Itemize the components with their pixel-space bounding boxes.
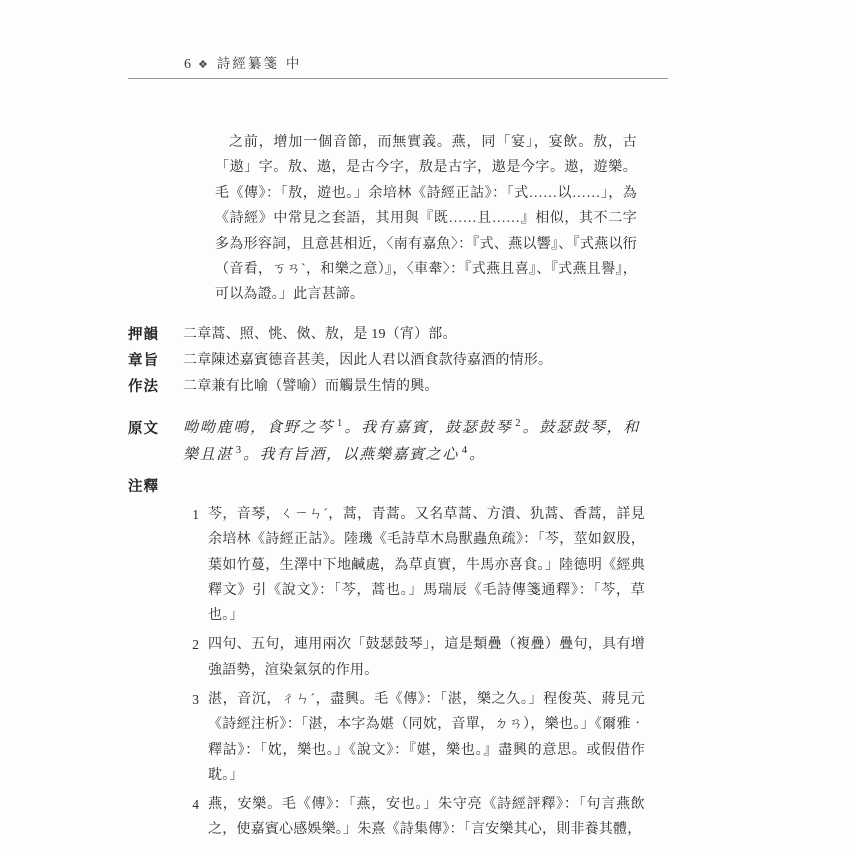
footnote-ref-4: 4 — [459, 445, 469, 456]
verse-segment: 。 — [469, 447, 486, 463]
section-text-technique: 二章兼有比喻（譬喻）而觸景生情的興。 — [183, 374, 668, 400]
note-text: 燕，安樂。毛《傳》：「燕，安也。」朱守亮《詩經評釋》：「句言燕飲之，使嘉賓心感娛… — [208, 792, 645, 843]
section-label-theme: 章旨 — [128, 348, 161, 374]
note-text: 芩，音琴，ㄑㄧㄣˊ，蒿，青蒿。又名草蒿、方潰、犰蒿、香蒿，詳見余培林《詩經正詁》… — [208, 502, 645, 629]
note-number: 4 — [186, 792, 199, 817]
note-number: 2 — [186, 632, 199, 657]
section-rhyme: 押韻 二章蒿、照、恌、傚、敖，是 19（宵）部。 — [128, 322, 668, 348]
verse-segment: 。我有嘉賓，鼓瑟鼓琴 — [344, 420, 512, 436]
section-label-original: 原文 — [128, 415, 161, 443]
intro-paragraph: 之前，增加一個音節，而無實義。燕，同「宴」，宴飲。敖，古「遨」字。敖、遨，是古今… — [215, 130, 637, 308]
section-theme: 章旨 二章陳述嘉賓德音甚美，因此人君以酒食款待嘉酒的情形。 — [128, 348, 668, 374]
verse-segment: 。我有旨酒，以燕樂嘉賓之心 — [243, 447, 459, 463]
section-label-rhyme: 押韻 — [128, 322, 161, 348]
note-number: 3 — [186, 687, 199, 712]
note-text: 湛，音沉，ㄔㄣˊ，盡興。毛《傳》：「湛，樂之久。」程俊英、蔣見元《詩經注析》：「… — [208, 687, 645, 789]
notes-section-header: 注釋 — [128, 474, 668, 500]
section-label-technique: 作法 — [128, 374, 161, 400]
book-title: 詩經纂箋 — [217, 52, 279, 72]
footnote-ref-2: 2 — [512, 418, 522, 429]
note-item-4: 4 燕，安樂。毛《傳》：「燕，安也。」朱守亮《詩經評釋》：「句言燕飲之，使嘉賓心… — [186, 792, 645, 843]
running-head-line: 6 ❖ 詩經纂箋 中 — [128, 52, 668, 73]
header-rule — [128, 78, 668, 79]
analysis-sections: 押韻 二章蒿、照、恌、傚、敖，是 19（宵）部。 章旨 二章陳述嘉賓德音甚美，因… — [128, 322, 668, 400]
verse-segment: 呦呦鹿鳴，食野之芩 — [183, 420, 334, 436]
section-label-notes: 注釋 — [128, 479, 159, 495]
book-page: 6 ❖ 詩經纂箋 中 之前，增加一個音節，而無實義。燕，同「宴」，宴飲。敖，古「… — [0, 0, 850, 850]
volume-label: 中 — [286, 52, 302, 72]
page-content: 6 ❖ 詩經纂箋 中 之前，增加一個音節，而無實義。燕，同「宴」，宴飲。敖，古「… — [128, 0, 668, 846]
section-text-theme: 二章陳述嘉賓德音甚美，因此人君以酒食款待嘉酒的情形。 — [183, 348, 668, 374]
section-technique: 作法 二章兼有比喻（譬喻）而觸景生情的興。 — [128, 374, 668, 400]
note-text: 四句、五句，連用兩次「鼓瑟鼓琴」，這是類疊（複疊）疊句，具有增強語勢，渲染氣氛的… — [208, 632, 645, 683]
footnote-ref-1: 1 — [334, 418, 344, 429]
note-item-1: 1 芩，音琴，ㄑㄧㄣˊ，蒿，青蒿。又名草蒿、方潰、犰蒿、香蒿，詳見余培林《詩經正… — [186, 502, 645, 629]
diamond-ornament-icon: ❖ — [198, 58, 210, 71]
page-number: 6 — [184, 57, 191, 73]
running-head: 6 ❖ 詩經纂箋 中 — [128, 0, 668, 79]
section-text-rhyme: 二章蒿、照、恌、傚、敖，是 19（宵）部。 — [183, 322, 668, 348]
notes-list: 1 芩，音琴，ㄑㄧㄣˊ，蒿，青蒿。又名草蒿、方潰、犰蒿、香蒿，詳見余培林《詩經正… — [186, 502, 645, 843]
note-item-3: 3 湛，音沉，ㄔㄣˊ，盡興。毛《傳》：「湛，樂之久。」程俊英、蔣見元《詩經注析》… — [186, 687, 645, 789]
verse-text: 呦呦鹿鳴，食野之芩1。我有嘉賓，鼓瑟鼓琴2。鼓瑟鼓琴，和樂且湛3。我有旨酒，以燕… — [183, 415, 640, 470]
note-item-2: 2 四句、五句，連用兩次「鼓瑟鼓琴」，這是類疊（複疊）疊句，具有增強語勢，渲染氣… — [186, 632, 645, 683]
footnote-ref-3: 3 — [233, 445, 243, 456]
note-number: 1 — [186, 502, 199, 527]
original-text-section: 原文 呦呦鹿鳴，食野之芩1。我有嘉賓，鼓瑟鼓琴2。鼓瑟鼓琴，和樂且湛3。我有旨酒… — [128, 415, 668, 470]
